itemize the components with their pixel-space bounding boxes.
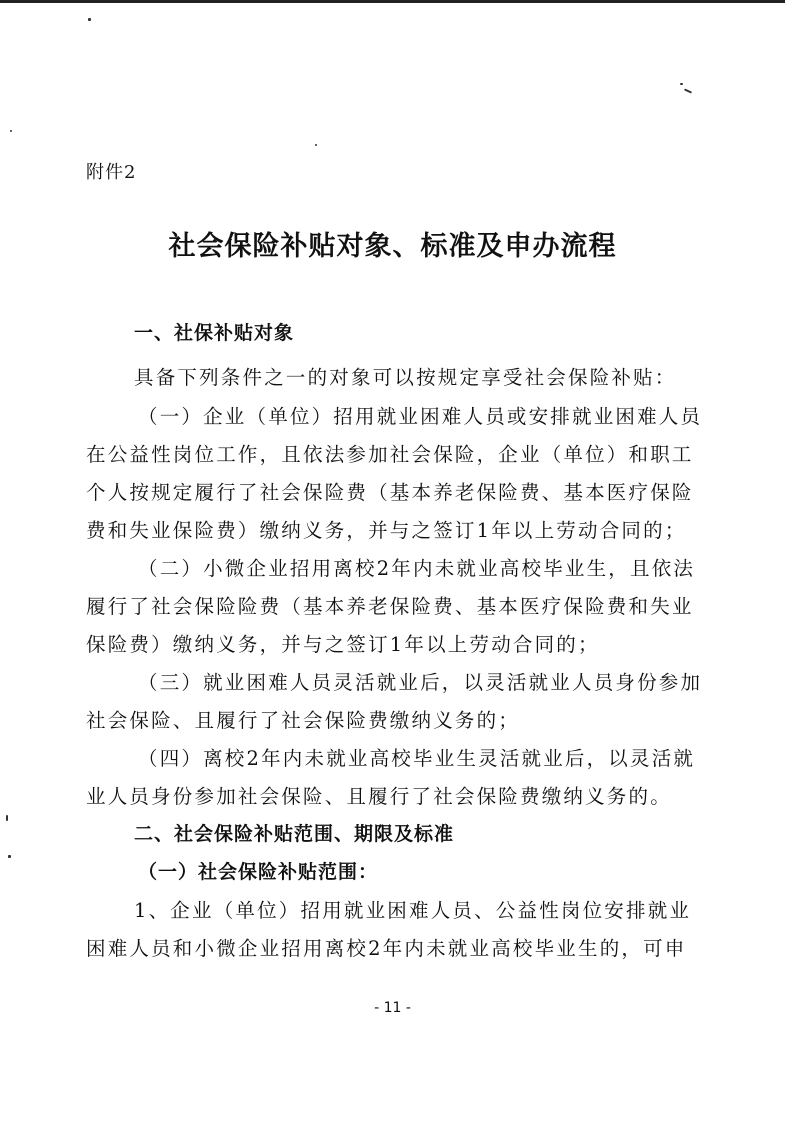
paragraph-line: 1、企业（单位）招用就业困难人员、公益性岗位安排就业 [134,895,691,923]
scan-speck [6,815,8,821]
paragraph-line: 个人按规定履行了社会保险费（基本养老保险费、基本医疗保险 [86,477,694,505]
paragraph-line: 社会保险、且履行了社会保险费缴纳义务的； [86,705,520,733]
paragraph-line: 费和失业保险费）缴纳义务，并与之签订1年以上劳动合同的； [86,515,687,543]
paragraph-line: 保险费）缴纳义务，并与之签订1年以上劳动合同的； [86,629,600,657]
section-heading-1: 一、社保补贴对象 [134,318,294,345]
paragraph-line: 履行了社会保险险费（基本养老保险费、基本医疗保险费和失业 [86,591,694,619]
scan-speck [315,144,317,146]
paragraph-line: （二）小微企业招用离校2年内未就业高校毕业生，且依法 [138,553,695,581]
scan-speck [680,83,683,85]
document-title: 社会保险补贴对象、标准及申办流程 [0,224,785,263]
scan-speck [684,88,692,93]
subsection-heading: （一）社会保险补贴范围： [138,857,378,884]
paragraph-line: （四）离校2年内未就业高校毕业生灵活就业后，以灵活就 [138,743,695,771]
scan-speck [88,18,91,21]
attachment-label: 附件2 [86,158,136,184]
paragraph-line: 具备下列条件之一的对象可以按规定享受社会保险补贴： [134,362,677,390]
paragraph-line: 困难人员和小微企业招用离校2年内未就业高校毕业生的，可申 [86,933,687,961]
scan-speck [8,855,11,858]
paragraph-line: （三）就业困难人员灵活就业后，以灵活就业人员身份参加 [138,667,702,695]
paragraph-line: 在公益性岗位工作，且依法参加社会保险，企业（单位）和职工 [86,439,694,467]
page-number: - 11 - [0,1000,785,1016]
paragraph-line: 业人员身份参加社会保险、且履行了社会保险费缴纳义务的。 [86,781,672,809]
scan-top-edge [0,0,785,3]
section-heading-2: 二、社会保险补贴范围、期限及标准 [134,819,454,846]
paragraph-line: （一）企业（单位）招用就业困难人员或安排就业困难人员 [138,401,702,429]
scan-speck [10,130,12,132]
